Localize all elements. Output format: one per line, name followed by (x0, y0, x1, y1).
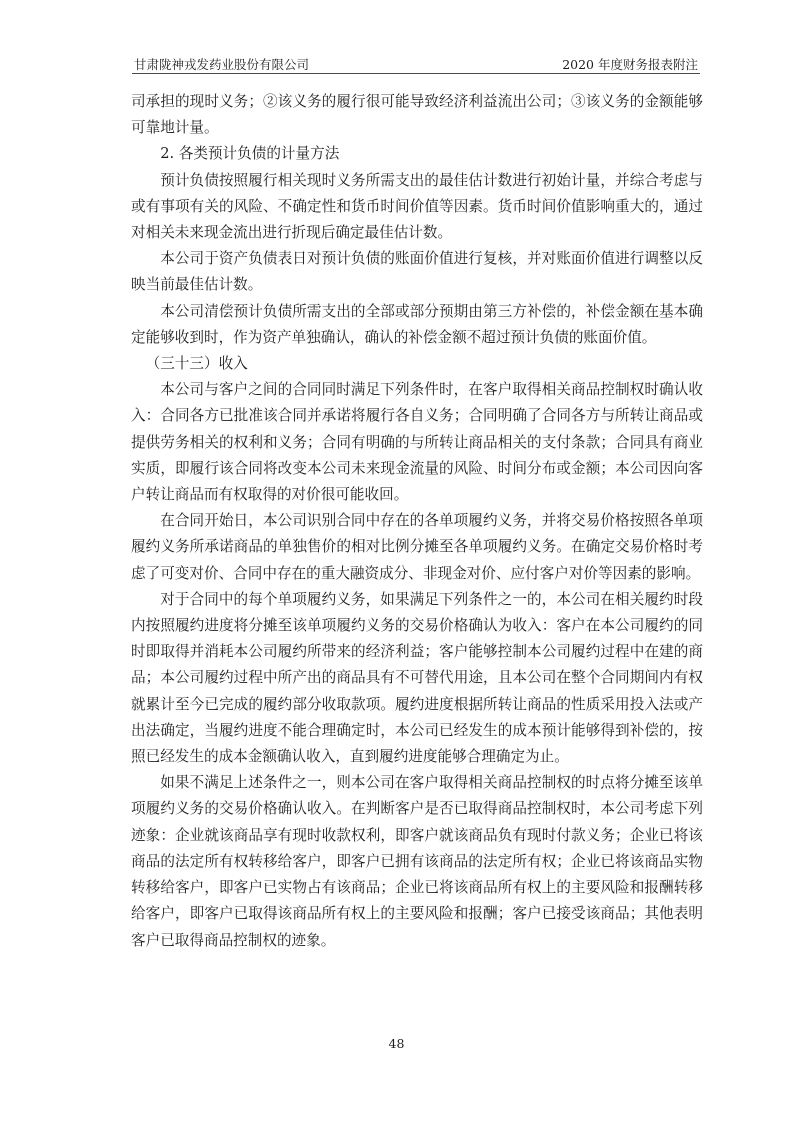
paragraph: 本公司与客户之间的合同同时满足下列条件时，在客户取得相关商品控制权时确认收入：合… (131, 377, 703, 508)
report-title: 2020 年度财务报表附注 (562, 55, 698, 73)
section-heading: （三十三）收入 (131, 351, 703, 377)
paragraph-continuation: 司承担的现时义务；②该义务的履行很可能导致经济利益流出公司；③该义务的金额能够可… (131, 89, 703, 141)
paragraph: 如果不满足上述条件之一，则本公司在客户取得相关商品控制权的时点将分摊至该单项履约… (131, 770, 703, 953)
page-header: 甘肃陇神戎发药业股份有限公司 2020 年度财务报表附注 (132, 53, 700, 74)
paragraph: 本公司于资产负债表日对预计负债的账面价值进行复核，并对账面价值进行调整以反映当前… (131, 246, 703, 298)
paragraph: 在合同开始日，本公司识别合同中存在的各单项履约义务，并将交易价格按照各单项履约义… (131, 508, 703, 587)
paragraph: 对于合同中的每个单项履约义务，如果满足下列条件之一的，本公司在相关履约时段内按照… (131, 587, 703, 770)
paragraph: 本公司清偿预计负债所需支出的全部或部分预期由第三方补偿的，补偿金额在基本确定能够… (131, 299, 703, 351)
document-body: 司承担的现时义务；②该义务的履行很可能导致经济利益流出公司；③该义务的金额能够可… (131, 89, 703, 954)
subsection-heading: 2. 各类预计负债的计量方法 (131, 141, 703, 167)
page-number: 48 (0, 1036, 793, 1051)
paragraph: 预计负债按照履行相关现时义务所需支出的最佳估计数进行初始计量，并综合考虑与或有事… (131, 168, 703, 247)
company-name: 甘肃陇神戎发药业股份有限公司 (134, 55, 309, 73)
